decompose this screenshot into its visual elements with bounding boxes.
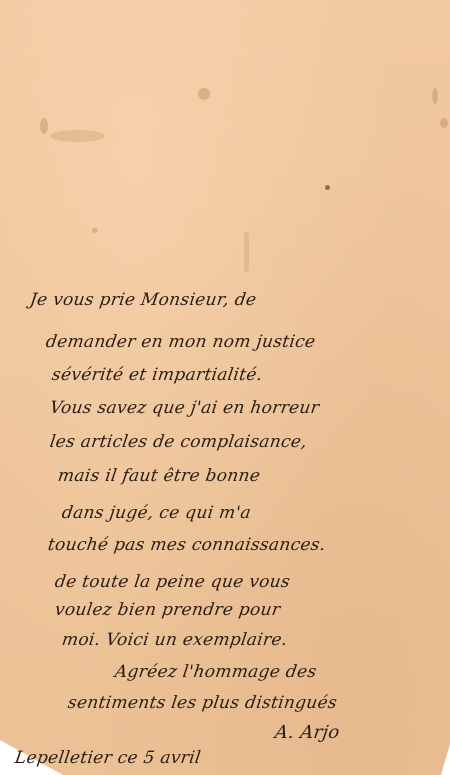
letter-line: moi. Voici un exemplaire. xyxy=(61,630,289,650)
letter-line: touché pas mes connaissances. xyxy=(47,535,327,555)
letter-line: Je vous prie Monsieur, de xyxy=(29,290,258,310)
letter-line: voulez bien prendre pour xyxy=(54,600,282,620)
letter-line: les articles de complaisance, xyxy=(49,432,309,452)
letter-line: mais il faut être bonne xyxy=(57,466,262,486)
letter-line: sentiments les plus distingués xyxy=(67,693,339,713)
date-line: Lepelletier ce 5 avril xyxy=(14,748,202,768)
letter-line: de toute la peine que vous xyxy=(54,572,292,592)
signature: A. Arjo xyxy=(274,722,342,743)
letter-line: sévérité et impartialité. xyxy=(51,365,264,385)
letter-body: Je vous prie Monsieur, de demander en mo… xyxy=(0,0,450,775)
letter-line: demander en mon nom justice xyxy=(45,332,317,352)
letter-line: dans jugé, ce qui m'a xyxy=(61,503,253,523)
letter-line: Agréez l'hommage des xyxy=(114,662,318,682)
letter-line: Vous savez que j'ai en horreur xyxy=(49,398,321,418)
